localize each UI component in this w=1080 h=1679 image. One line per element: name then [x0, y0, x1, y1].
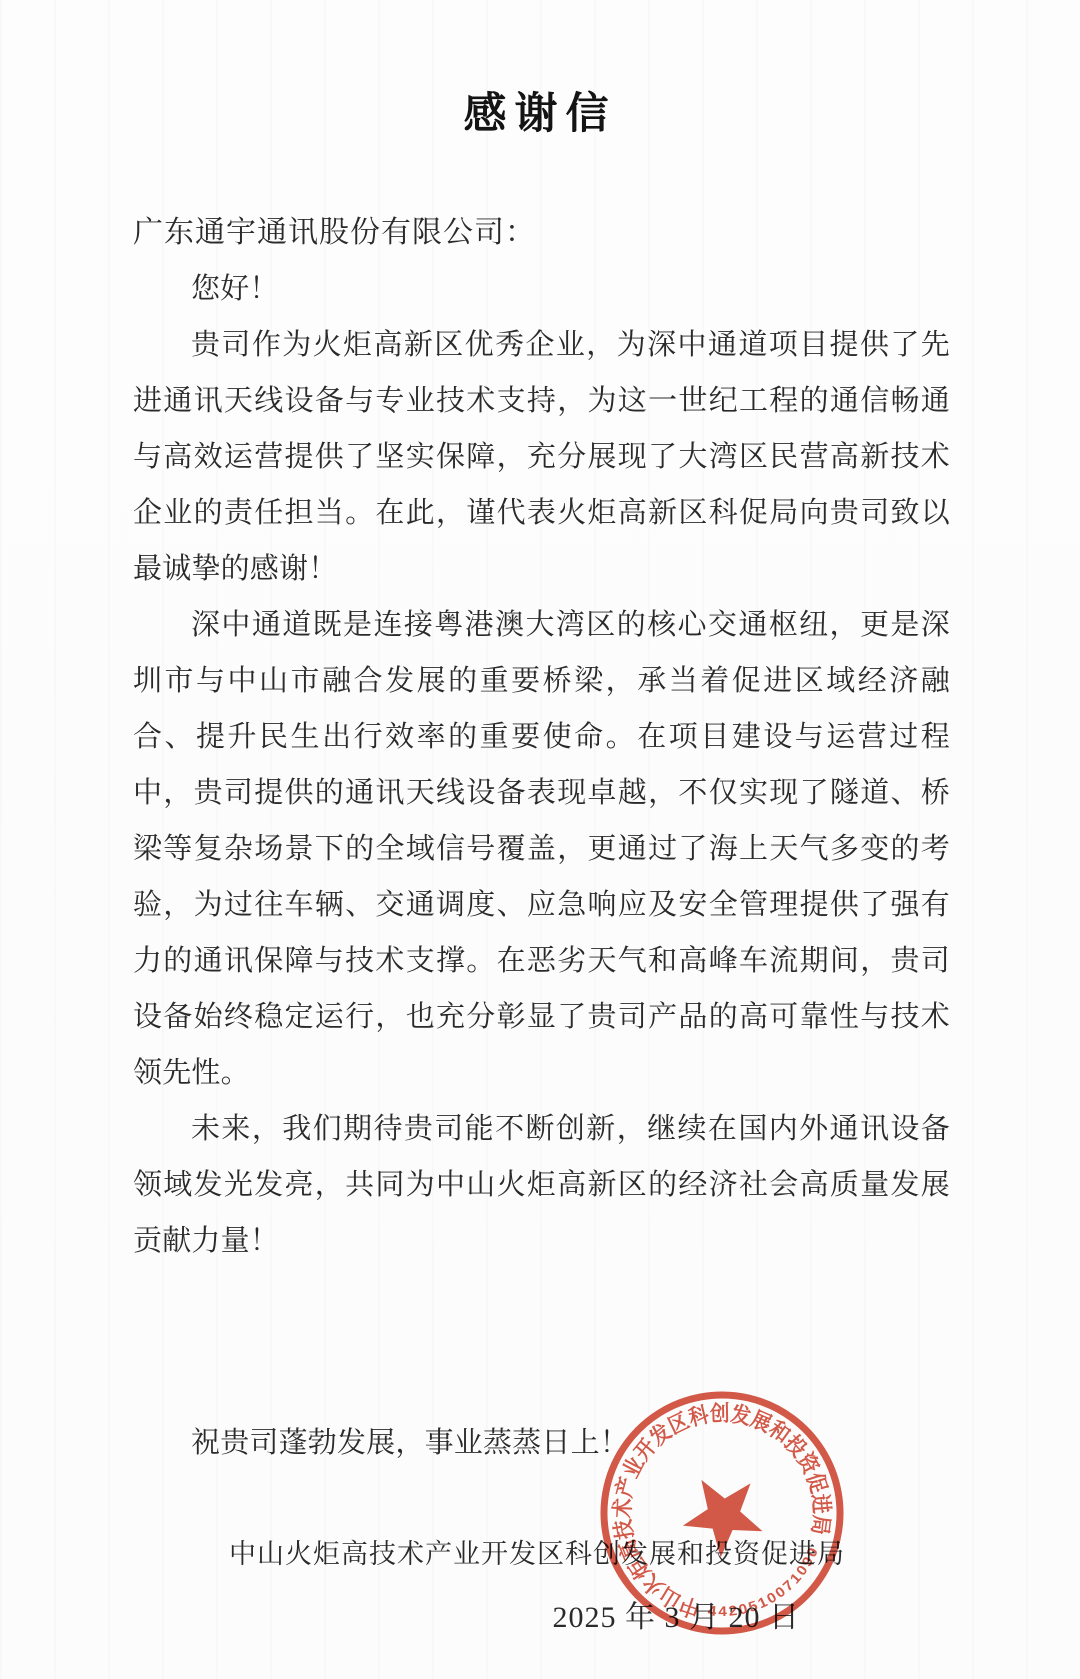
paragraph-3: 未来，我们期待贵司能不断创新，继续在国内外通讯设备领域发光发亮，共同为中山火炬高…	[133, 1101, 950, 1269]
paragraph-1: 贵司作为火炬高新区优秀企业，为深中通道项目提供了先进通讯天线设备与专业技术支持，…	[133, 317, 950, 597]
letter-title: 感谢信	[0, 0, 1080, 144]
signature-org-line: 中山火炬高技术产业开发区科创发展和投资促进局	[133, 1526, 950, 1582]
closing-wish-line: 祝贵司蓬勃发展，事业蒸蒸日上！	[133, 1415, 950, 1471]
date-line: 2025 年 3 月 20 日	[133, 1590, 950, 1646]
letter-page: 感谢信 广东通宇通讯股份有限公司： 您好！ 贵司作为火炬高新区优秀企业，为深中通…	[0, 0, 1080, 1679]
letter-body: 广东通宇通讯股份有限公司： 您好！ 贵司作为火炬高新区优秀企业，为深中通道项目提…	[0, 205, 1080, 1646]
greeting-line: 您好！	[133, 261, 950, 317]
paragraph-2: 深中通道既是连接粤港澳大湾区的核心交通枢纽，更是深圳市与中山市融合发展的重要桥梁…	[133, 597, 950, 1101]
recipient-line: 广东通宇通讯股份有限公司：	[133, 205, 950, 261]
